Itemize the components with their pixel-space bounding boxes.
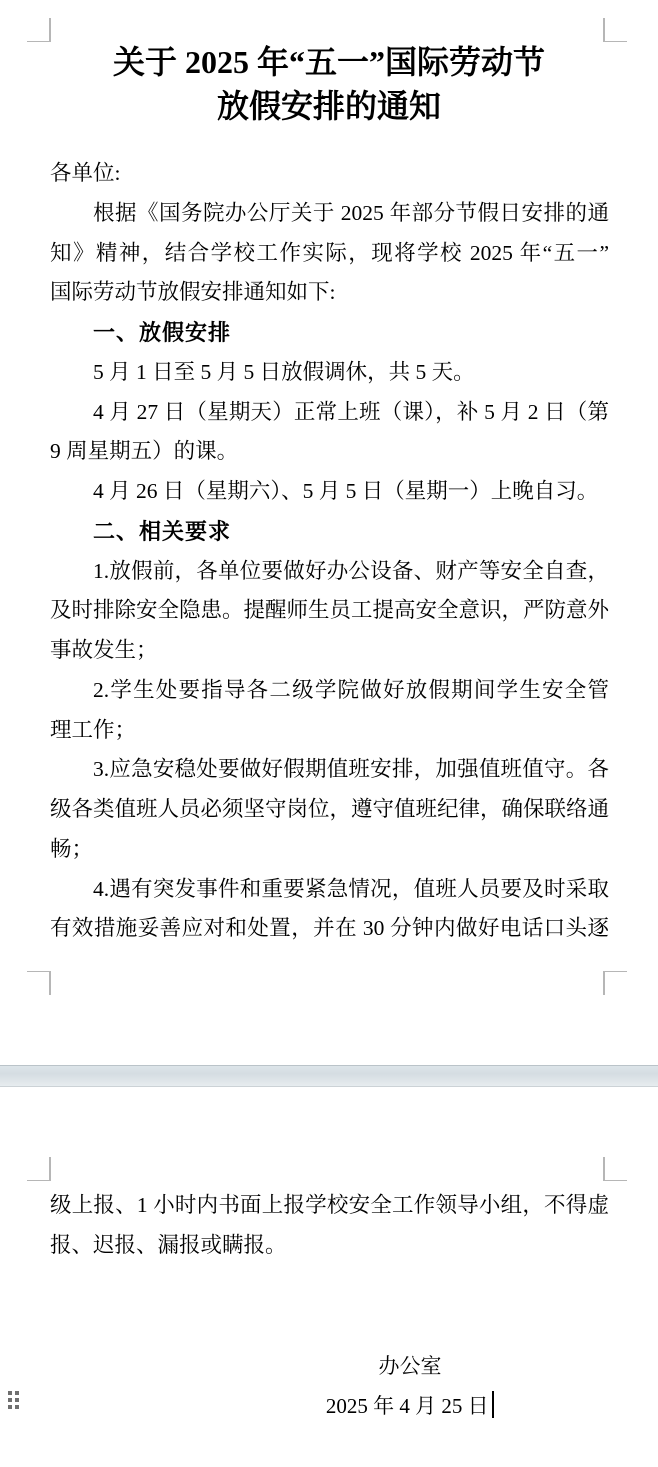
- page-1[interactable]: 关于 2025 年“五一”国际劳动节 放假安排的通知 各单位:根据《国务院办公厅…: [0, 0, 658, 1065]
- title-line-1[interactable]: 关于 2025 年“五一”国际劳动节: [50, 40, 608, 84]
- doc-line[interactable]: 各单位:: [50, 154, 609, 194]
- document-canvas: 关于 2025 年“五一”国际劳动节 放假安排的通知 各单位:根据《国务院办公厅…: [0, 0, 658, 1467]
- doc-line[interactable]: 4.遇有突发事件和重要紧急情况，值班人员要及时采取: [50, 870, 609, 910]
- margin-mark-top-left-icon: [27, 18, 51, 42]
- page-separator: [0, 1065, 658, 1087]
- doc-line[interactable]: 国际劳动节放假安排通知如下:: [50, 273, 609, 313]
- page-2[interactable]: 级上报、1 小时内书面上报学校安全工作领导小组，不得虚报、迟报、漏报或瞒报。 办…: [0, 1087, 658, 1467]
- signature-block[interactable]: 办公室 2025 年 4 月 25 日: [200, 1346, 620, 1426]
- page2-body[interactable]: 级上报、1 小时内书面上报学校安全工作领导小组，不得虚报、迟报、漏报或瞒报。: [50, 1186, 609, 1266]
- doc-line[interactable]: 级各类值班人员必须坚守岗位，遵守值班纪律，确保联络通: [50, 790, 609, 830]
- signature-date-line[interactable]: 2025 年 4 月 25 日: [200, 1386, 620, 1426]
- doc-line[interactable]: 2.学生处要指导各二级学院做好放假期间学生安全管: [50, 671, 609, 711]
- doc-line[interactable]: 知》精神，结合学校工作实际，现将学校 2025 年“五一”: [50, 234, 609, 274]
- heading-line[interactable]: 二、相关要求: [50, 512, 609, 552]
- doc-line[interactable]: 9 周星期五）的课。: [50, 432, 609, 472]
- margin-mark-top-right-icon: [603, 18, 627, 42]
- heading-line[interactable]: 一、放假安排: [50, 313, 609, 353]
- signature-date[interactable]: 2025 年 4 月 25 日: [326, 1394, 489, 1418]
- doc-line[interactable]: 5 月 1 日至 5 月 5 日放假调休，共 5 天。: [50, 353, 609, 393]
- doc-line[interactable]: 3.应急安稳处要做好假期值班安排，加强值班值守。各: [50, 750, 609, 790]
- margin-mark-top-left-icon: [27, 1157, 51, 1181]
- doc-line[interactable]: 及时排除安全隐患。提醒师生员工提高安全意识，严防意外: [50, 591, 609, 631]
- doc-line[interactable]: 报、迟报、漏报或瞒报。: [50, 1226, 609, 1266]
- signature-office[interactable]: 办公室: [200, 1346, 620, 1386]
- doc-line[interactable]: 理工作；: [50, 711, 609, 751]
- doc-line[interactable]: 有效措施妥善应对和处置，并在 30 分钟内做好电话口头逐: [50, 909, 609, 949]
- margin-mark-bottom-right-icon: [603, 971, 627, 995]
- margin-mark-bottom-left-icon: [27, 971, 51, 995]
- drag-handle-icon[interactable]: [8, 1391, 19, 1409]
- doc-line[interactable]: 4 月 27 日（星期天）正常上班（课），补 5 月 2 日（第: [50, 393, 609, 433]
- doc-line[interactable]: 4 月 26 日（星期六）、5 月 5 日（星期一）上晚自习。: [50, 472, 609, 512]
- doc-line[interactable]: 级上报、1 小时内书面上报学校安全工作领导小组，不得虚: [50, 1186, 609, 1226]
- margin-mark-top-right-icon: [603, 1157, 627, 1181]
- text-cursor-icon: [492, 1391, 495, 1418]
- page1-body[interactable]: 各单位:根据《国务院办公厅关于 2025 年部分节假日安排的通知》精神，结合学校…: [50, 154, 609, 949]
- document-title[interactable]: 关于 2025 年“五一”国际劳动节 放假安排的通知: [50, 40, 608, 128]
- doc-line[interactable]: 事故发生；: [50, 631, 609, 671]
- doc-line[interactable]: 1.放假前，各单位要做好办公设备、财产等安全自查，: [50, 552, 609, 592]
- doc-line[interactable]: 根据《国务院办公厅关于 2025 年部分节假日安排的通: [50, 194, 609, 234]
- title-line-2[interactable]: 放假安排的通知: [50, 84, 608, 128]
- doc-line[interactable]: 畅；: [50, 830, 609, 870]
